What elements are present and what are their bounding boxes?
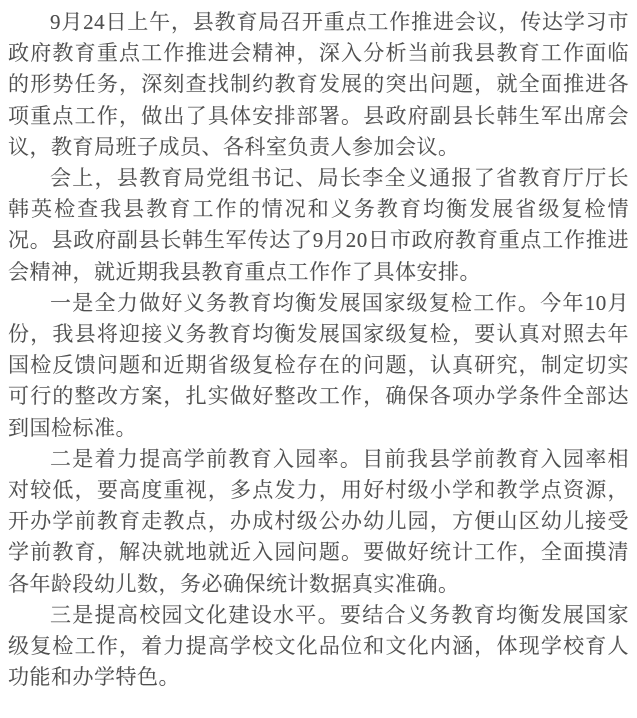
document-page: 9月24日上午，县教育局召开重点工作推进会议，传达学习市政府教育重点工作推进会精…	[0, 0, 637, 718]
paragraph-point-two-preschool-enrollment: 二是着力提高学前教育入园率。目前我县学前教育入园率相对较低，要高度重视，多点发力…	[8, 444, 629, 600]
paragraph-meeting-briefing: 会上，县教育局党组书记、局长李全义通报了省教育厅厅长韩英检查我县教育工作的情况和…	[8, 163, 629, 288]
paragraph-meeting-overview: 9月24日上午，县教育局召开重点工作推进会议，传达学习市政府教育重点工作推进会精…	[8, 7, 629, 163]
paragraph-point-three-campus-culture: 三是提高校园文化建设水平。要结合义务教育均衡发展国家级复检工作，着力提高学校文化…	[8, 600, 629, 694]
paragraph-point-one-national-recheck: 一是全力做好义务教育均衡发展国家级复检工作。今年10月份，我县将迎接义务教育均衡…	[8, 288, 629, 444]
